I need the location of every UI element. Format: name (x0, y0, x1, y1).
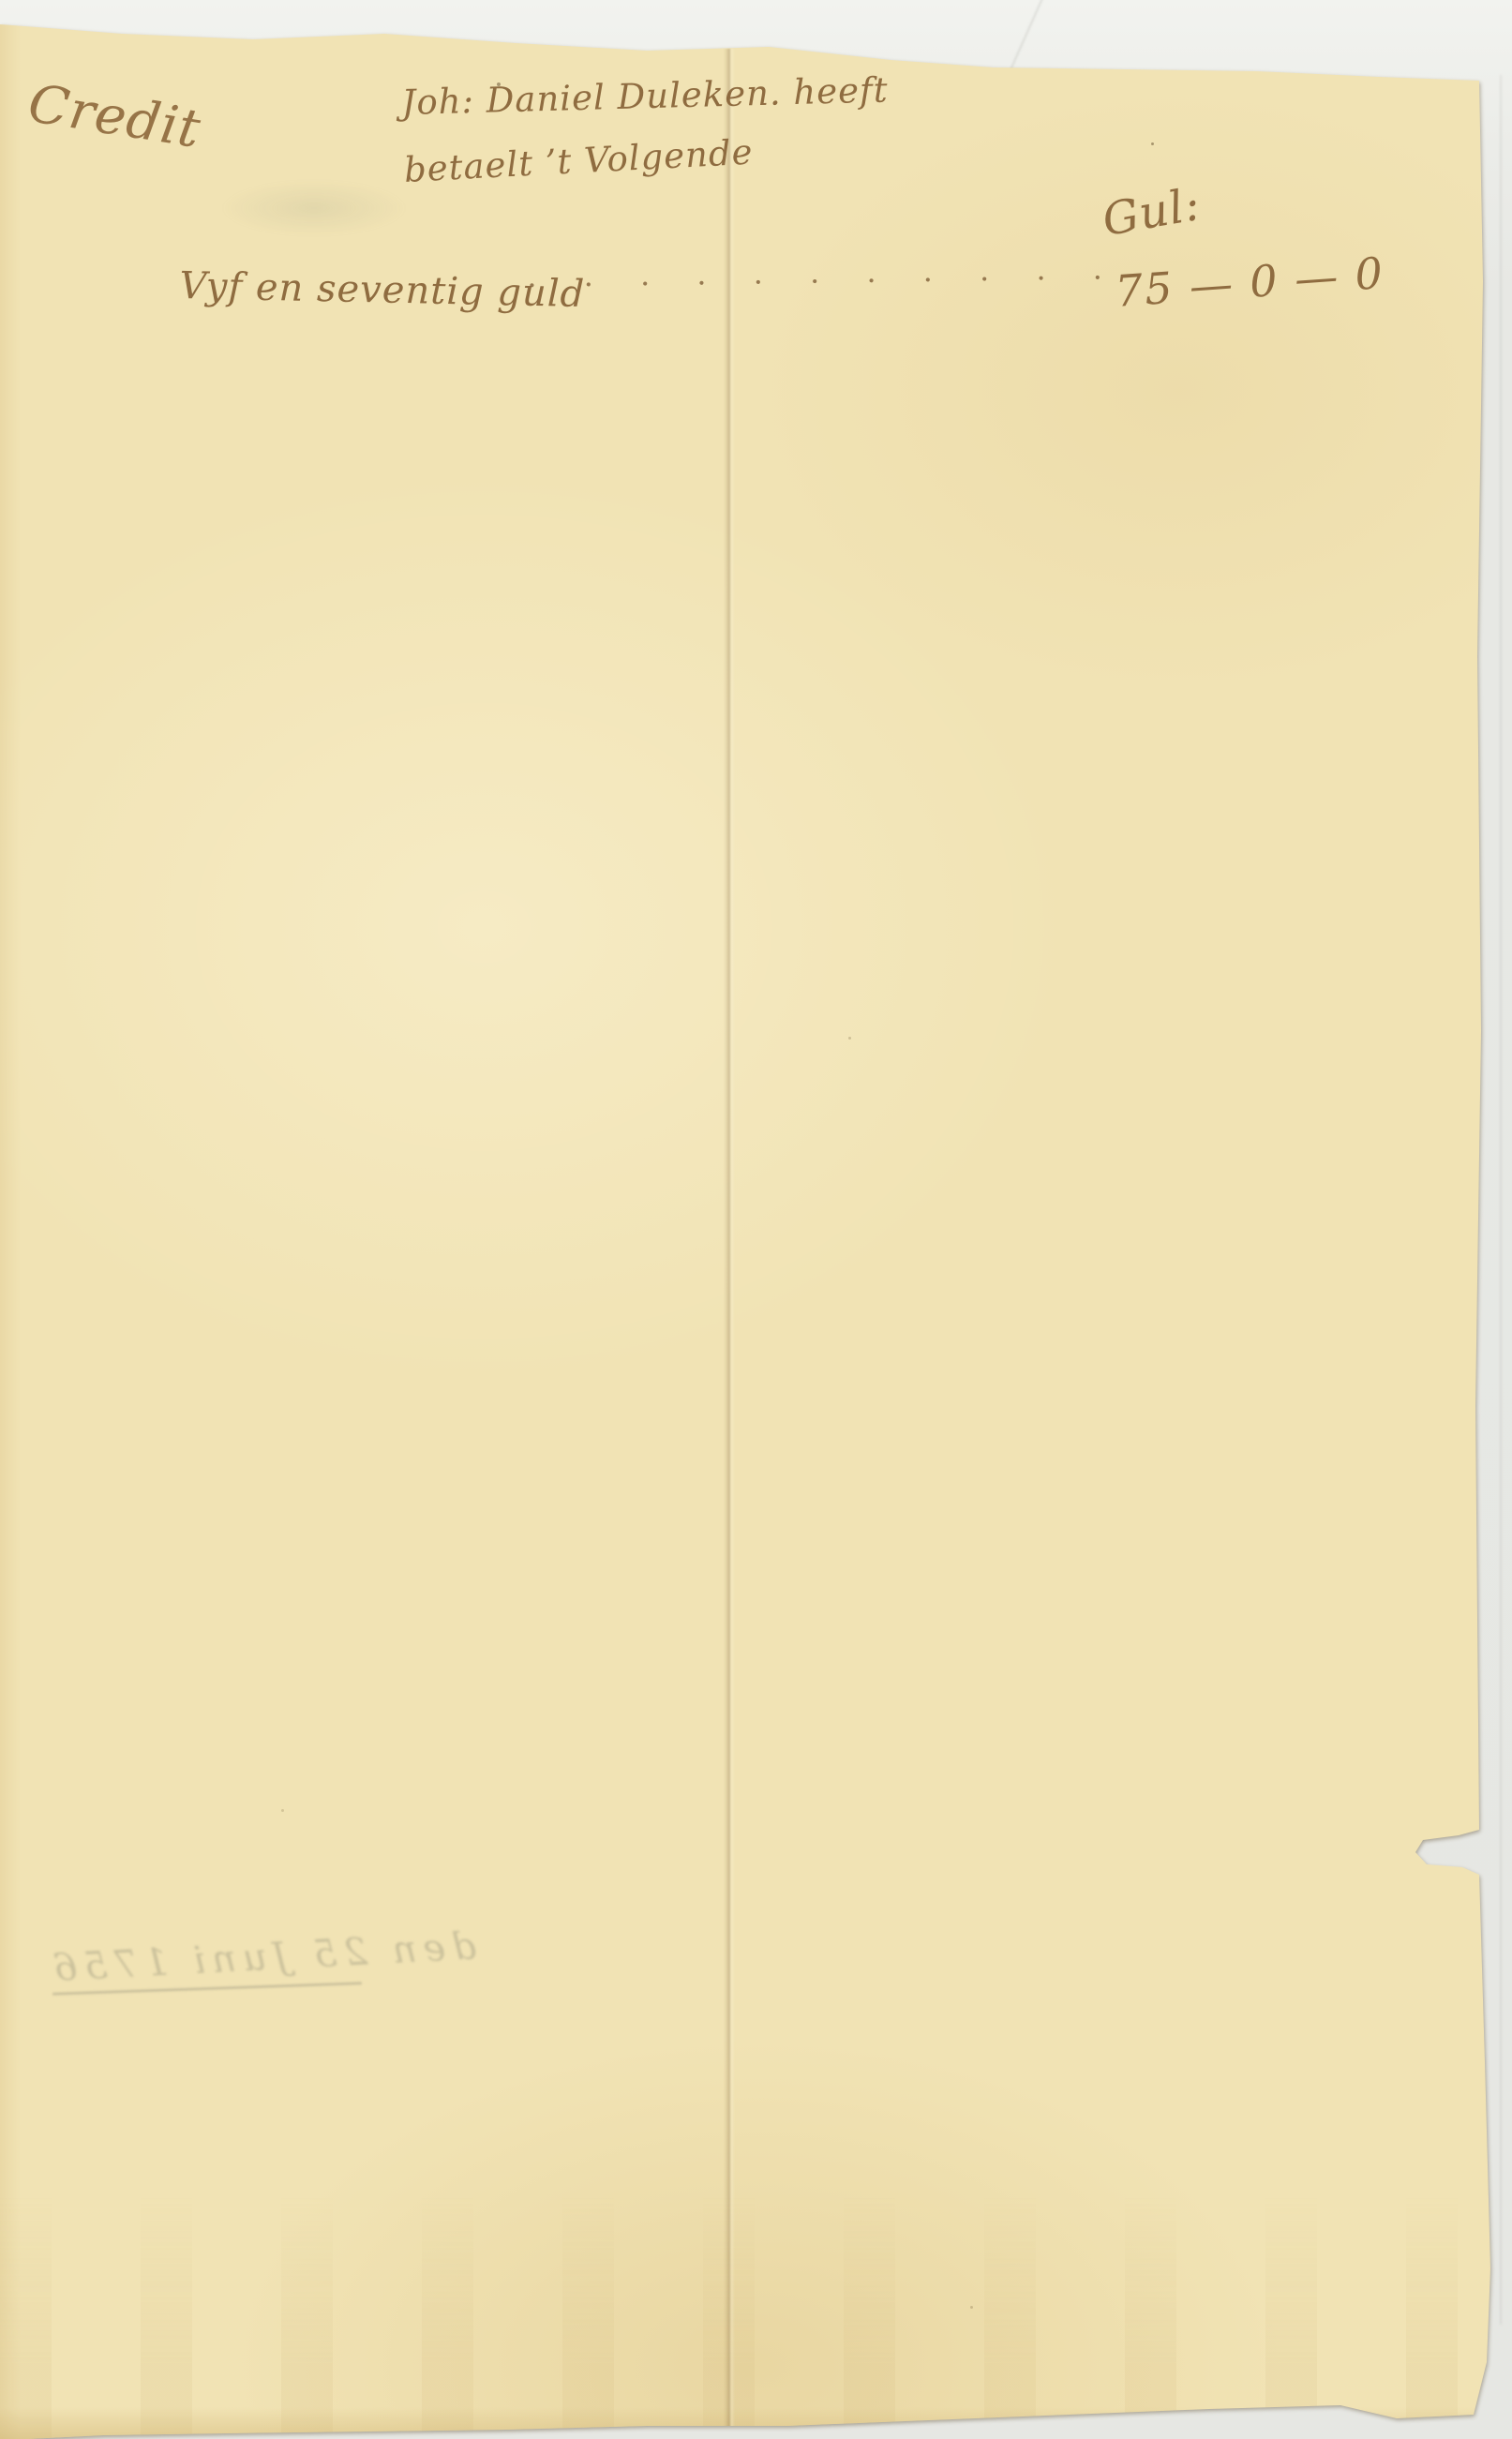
scanned-manuscript-view: { "document": { "credit_label": "Credit"… (0, 0, 1512, 2439)
paper-sheet-wrapper: Credit Joh: Daniel Duleken. heeft betael… (0, 0, 1512, 2439)
paper-speck (970, 2306, 973, 2309)
paper-speck (281, 1809, 284, 1812)
vertical-fold-crease (724, 49, 735, 2433)
bleedthrough-handwriting: den 25 Juni 1756 (25, 1924, 477, 1991)
amount-in-words: Vyf en seventig guld (179, 264, 586, 316)
paper-sheet: Credit Joh: Daniel Duleken. heeft betael… (0, 0, 1512, 2439)
paper-speck (1151, 142, 1154, 145)
credit-heading: Credit (24, 73, 205, 160)
paper-bottom-texture (0, 2195, 1512, 2439)
amount-figures: 75 — 0 — 0 (1114, 247, 1386, 317)
ink-bleedthrough-smudge (220, 180, 408, 236)
dot-leader: . . . . . . . . . . . (527, 250, 1127, 294)
payer-name-line: Joh: Daniel Duleken. heeft (401, 69, 889, 123)
currency-label: Gul: (1099, 178, 1205, 247)
paper-speck (848, 1037, 851, 1040)
payment-statement-line: betaelt ’t Volgende (403, 131, 754, 189)
